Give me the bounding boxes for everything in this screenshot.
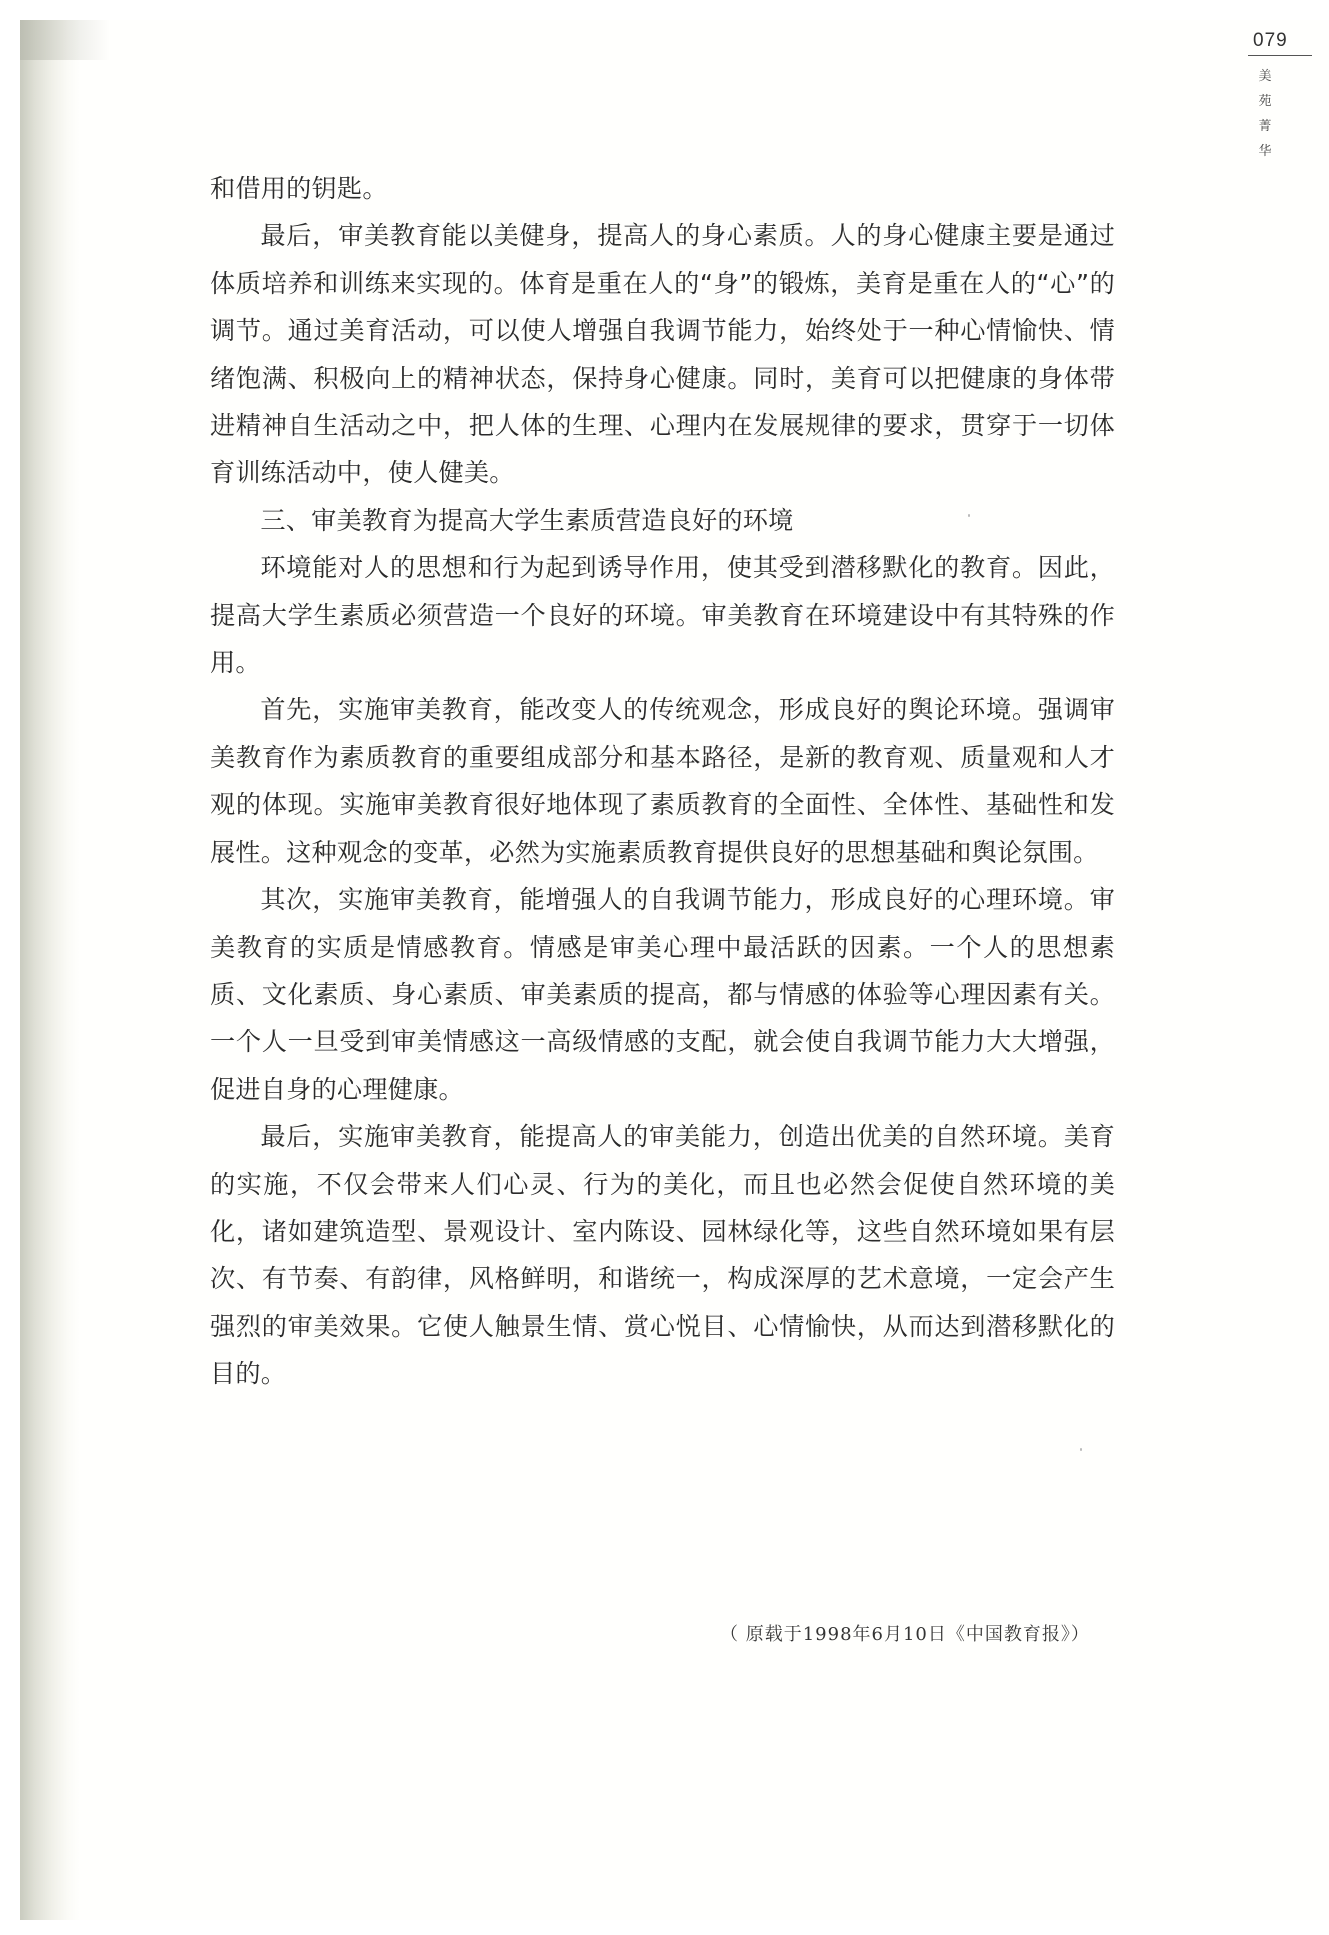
running-head: 美 苑 菁 华 [1248,64,1274,164]
page-number: 079 [1248,30,1318,52]
running-head-char: 美 [1256,64,1274,89]
body-text: 和借用的钥匙。 最后，审美教育能以美健身，提高人的身心素质。人的身心健康主要是通… [210,165,1115,1398]
section-heading: 三、审美教育为提高大学生素质营造良好的环境 [210,497,1115,544]
running-head-char: 苑 [1256,89,1274,114]
scan-speck [1080,1448,1082,1451]
paragraph: 首先，实施审美教育，能改变人的传统观念，形成良好的舆论环境。强调审美教育作为素质… [210,686,1115,876]
paragraph-continuation: 和借用的钥匙。 [210,165,1115,212]
paragraph: 最后，审美教育能以美健身，提高人的身心素质。人的身心健康主要是通过体质培养和训练… [210,212,1115,496]
source-citation: （ 原载于1998年6月10日《中国教育报》） [720,1620,1090,1646]
page-number-rule [1248,55,1312,56]
running-head-char: 华 [1256,139,1274,164]
paragraph: 其次，实施审美教育，能增强人的自我调节能力，形成良好的心理环境。审美教育的实质是… [210,876,1115,1113]
paragraph: 最后，实施审美教育，能提高人的审美能力，创造出优美的自然环境。美育的实施，不仅会… [210,1113,1115,1397]
paragraph: 环境能对人的思想和行为起到诱导作用，使其受到潜移默化的教育。因此，提高大学生素质… [210,544,1115,686]
running-head-char: 菁 [1256,114,1274,139]
page-header: 079 美 苑 菁 华 [1248,30,1318,164]
gutter-shadow [20,20,80,1920]
scan-speck [968,514,970,517]
